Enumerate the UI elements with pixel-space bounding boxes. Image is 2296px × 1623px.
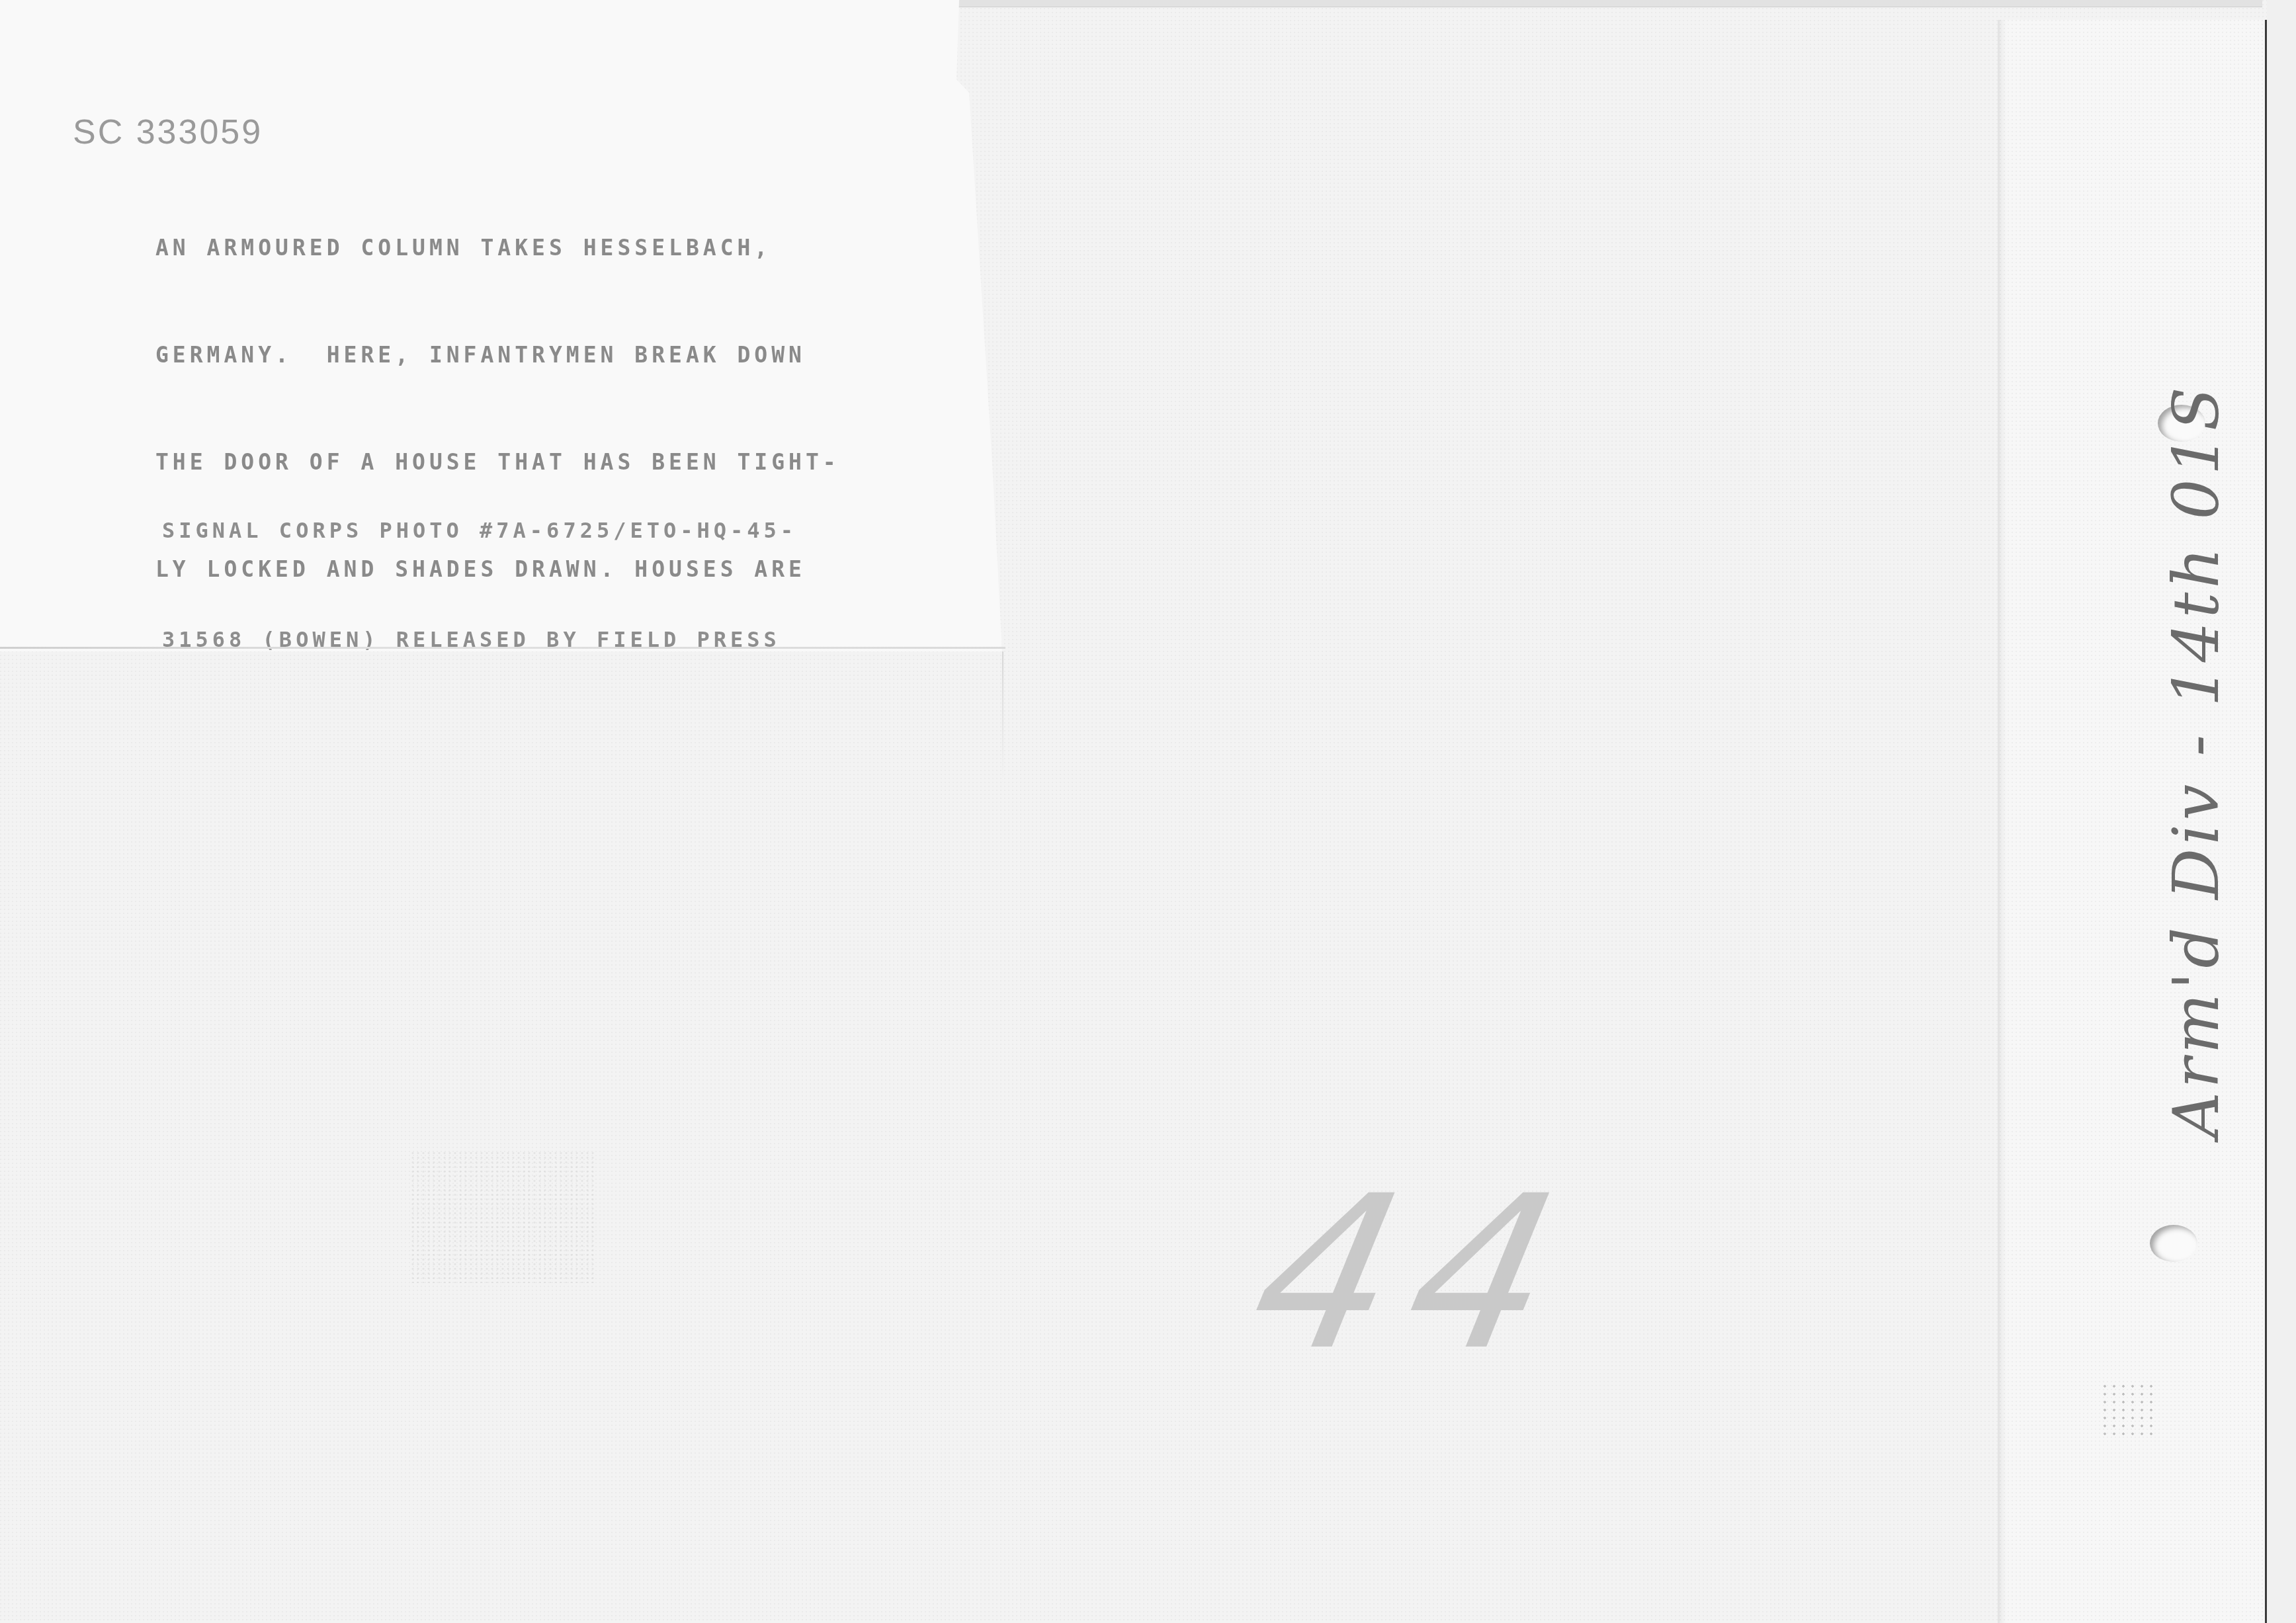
fold-line <box>1002 651 1003 784</box>
speck-mark <box>2100 1382 2153 1435</box>
pencil-mark: 44 <box>1234 1151 1595 1397</box>
caption-label: SC 333059 AN ARMOURED COLUMN TAKES HESSE… <box>0 0 1002 651</box>
scan-margin <box>2267 0 2296 1623</box>
smudge-mark <box>410 1151 595 1283</box>
caption-line: GERMANY. HERE, INFANTRYMEN BREAK DOWN <box>155 337 857 373</box>
punch-hole-icon <box>2150 1225 2197 1262</box>
label-edge <box>0 647 1005 649</box>
release-line: SIGNAL CORPS PHOTO #7A-6725/ETO-HQ-45- <box>162 513 797 549</box>
margin-handwriting: Arm'd Div - 14th 01S <box>2159 384 2233 1138</box>
photo-number: SC 333059 <box>73 112 263 152</box>
caption-line: AN ARMOURED COLUMN TAKES HESSELBACH, <box>155 230 857 266</box>
